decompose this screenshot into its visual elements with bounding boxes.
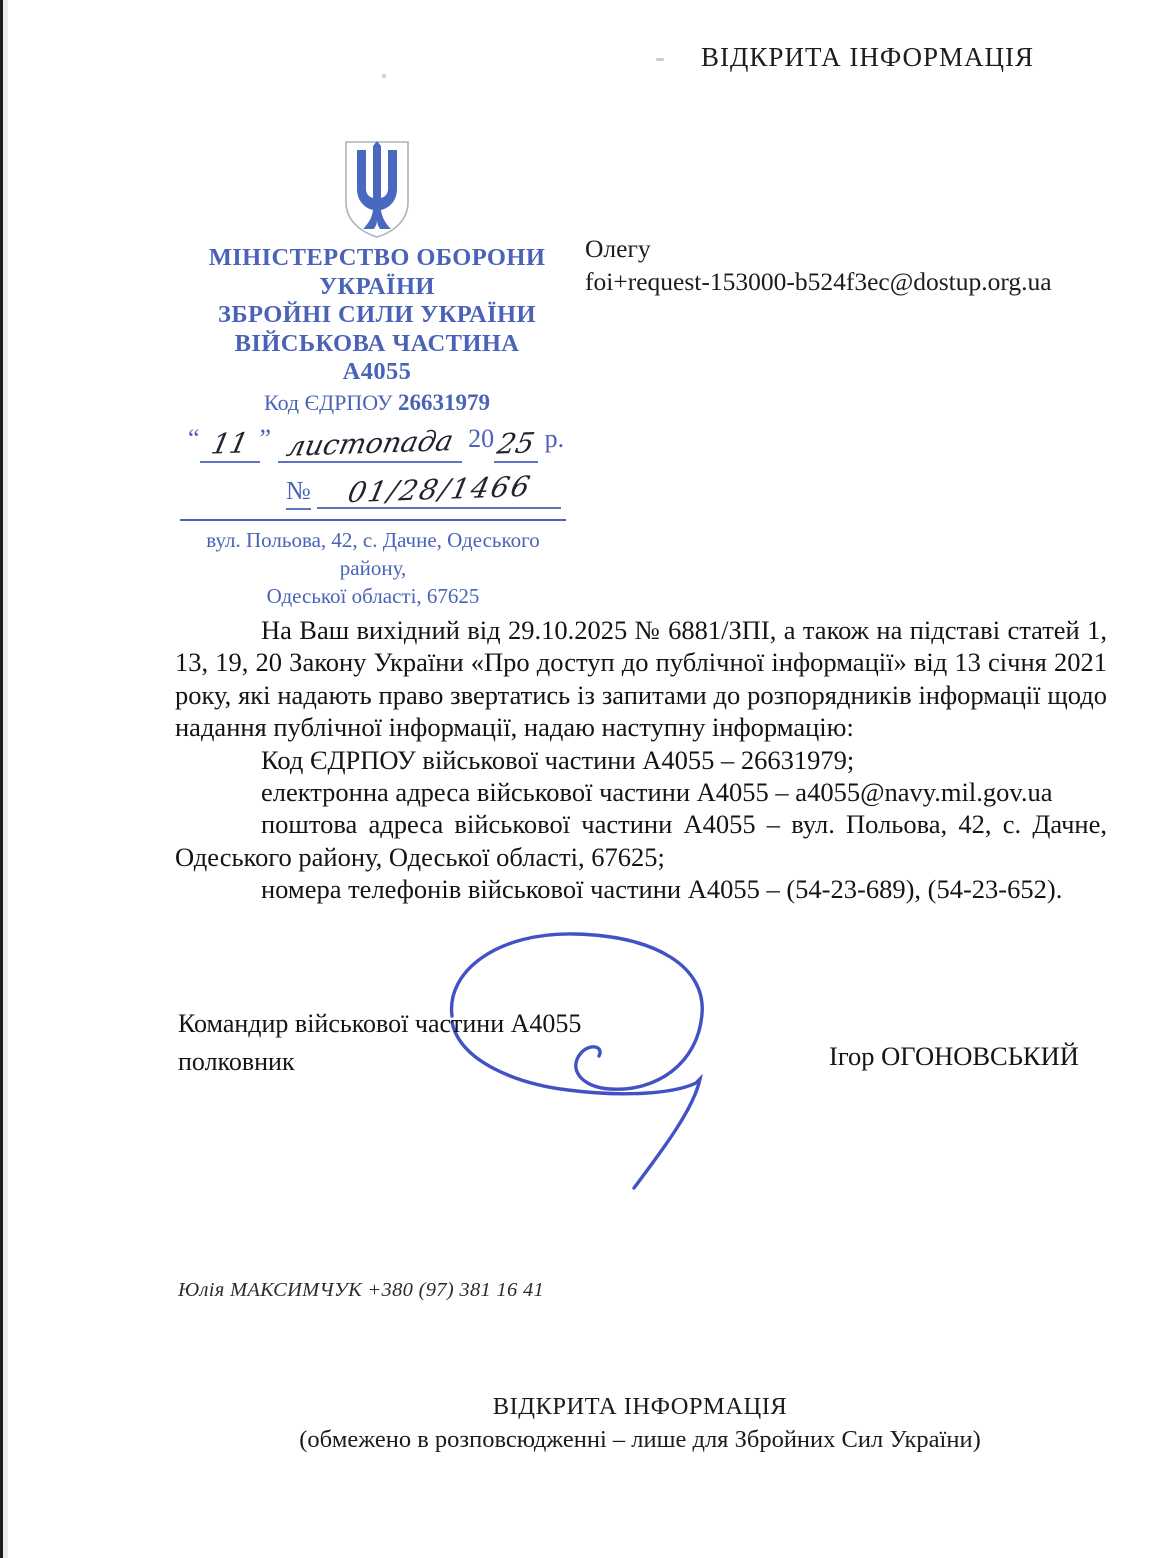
info-item-email: електронна адреса військової частини А40… — [175, 776, 1107, 808]
recipient-block: Олегу foi+request-153000-b524f3ec@dostup… — [585, 232, 1052, 298]
recipient-name: Олегу — [585, 232, 1052, 265]
handwritten-month: листопада — [284, 426, 456, 462]
date-line: “11” листопада 2025 р. — [188, 424, 564, 463]
number-field: 01/28/1466 — [317, 475, 561, 509]
signer-position: Командир військової частини А4055 — [178, 1005, 581, 1043]
footer-classification: ВІДКРИТА ІНФОРМАЦІЯ — [175, 1390, 1105, 1423]
signer-position-block: Командир військової частини А4055 полков… — [178, 1005, 581, 1081]
footer-classification-block: ВІДКРИТА ІНФОРМАЦІЯ (обмежено в розповсю… — [175, 1390, 1105, 1456]
scan-speck — [656, 58, 664, 61]
scan-speck — [382, 74, 386, 78]
handwritten-year: 25 — [495, 428, 537, 459]
signer-rank: полковник — [178, 1043, 581, 1081]
org-name-line: МІНІСТЕРСТВО ОБОРОНИ — [185, 244, 569, 273]
org-name-line: ВІЙСЬКОВА ЧАСТИНА — [185, 330, 569, 359]
handwritten-day: 11 — [208, 428, 250, 459]
org-name-line: ЗБРОЙНІ СИЛИ УКРАЇНИ — [185, 301, 569, 330]
day-field: 11 — [200, 429, 260, 463]
year-field: 25 — [494, 429, 538, 463]
number-sign: № — [286, 476, 311, 510]
unit-number: А4055 — [185, 358, 569, 387]
info-item-postal: поштова адреса військової частини А4055 … — [175, 808, 1107, 873]
letterhead: МІНІСТЕРСТВО ОБОРОНИ УКРАЇНИ ЗБРОЙНІ СИЛ… — [185, 138, 569, 418]
edrpou-value: 26631979 — [398, 390, 490, 415]
outgoing-number-line: № 01/28/1466 — [286, 470, 561, 510]
scan-edge-artifact-light — [3, 0, 8, 1558]
open-quote: “ — [188, 424, 200, 453]
sender-address: вул. Польова, 42, с. Дачне, Одеського ра… — [180, 526, 566, 610]
edrpou-label: Код ЄДРПОУ — [264, 390, 393, 415]
info-item-phones: номера телефонів військової частини А405… — [175, 873, 1107, 905]
close-quote: ” — [260, 424, 272, 453]
sender-address-line: вул. Польова, 42, с. Дачне, Одеського ра… — [180, 526, 566, 582]
month-field: листопада — [278, 429, 462, 463]
signer-name: Ігор ОГОНОВСЬКИЙ — [829, 1041, 1079, 1072]
footer-restriction: (обмежено в розповсюдженні – лише для Зб… — [175, 1423, 1105, 1456]
org-name-line: УКРАЇНИ — [185, 273, 569, 302]
body-paragraph: На Ваш вихідний від 29.10.2025 № 6881/ЗП… — [175, 614, 1107, 744]
address-divider-line — [180, 519, 566, 521]
ukraine-trident-shield-icon — [341, 138, 413, 240]
edrpou-line: Код ЄДРПОУ 26631979 — [185, 388, 569, 418]
recipient-email: foi+request-153000-b524f3ec@dostup.org.u… — [585, 265, 1052, 298]
year-suffix: р. — [545, 424, 565, 453]
handwritten-number: 01/28/1466 — [345, 472, 534, 508]
executor-contact: Юлія МАКСИМЧУК +380 (97) 381 16 41 — [178, 1279, 544, 1302]
classification-header: ВІДКРИТА ІНФОРМАЦІЯ — [701, 42, 1034, 73]
year-prefix: 20 — [468, 424, 494, 453]
sender-address-line: Одеської області, 67625 — [180, 582, 566, 610]
letter-body: На Ваш вихідний від 29.10.2025 № 6881/ЗП… — [175, 614, 1107, 906]
info-item-edrpou: Код ЄДРПОУ військової частини А4055 – 26… — [175, 744, 1107, 776]
